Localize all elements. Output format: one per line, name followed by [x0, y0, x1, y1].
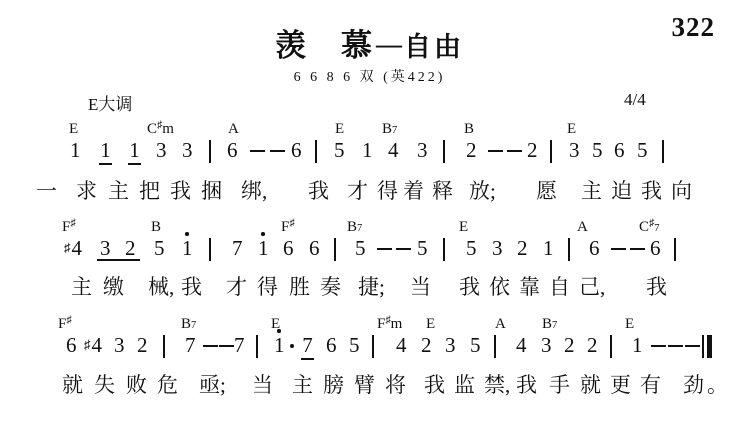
- sharp-symbol: ♯: [649, 218, 654, 229]
- lyric-char: 手: [549, 374, 570, 396]
- hymn-sheet-page: 322 羡 慕—自由 6 6 8 6 双 (英422) E大调 4/4 EC♯m…: [0, 0, 739, 445]
- lyric-char: 就: [62, 374, 83, 396]
- sharp-accidental: ♯: [64, 240, 71, 255]
- note: 7: [232, 237, 243, 260]
- note: 2: [564, 334, 575, 357]
- note: 5: [154, 237, 165, 260]
- chord-seventh: 7: [191, 320, 196, 331]
- lyric-char: 更: [610, 374, 631, 396]
- duration-dash: [270, 150, 285, 152]
- chord-label: B7: [542, 316, 557, 333]
- note: 2: [125, 237, 136, 260]
- lyric-char: 我: [459, 276, 480, 298]
- note: 1: [362, 139, 373, 162]
- chord-label: A: [577, 219, 588, 236]
- lyric-char: 依: [489, 276, 510, 298]
- sharp-symbol: ♯: [289, 218, 294, 229]
- lyric-char: 我: [516, 374, 537, 396]
- chord-label: B7: [382, 121, 397, 138]
- note: 3: [541, 334, 552, 357]
- lyric-char: 主: [292, 374, 313, 396]
- note: 3: [156, 139, 167, 162]
- bar-line: [163, 335, 165, 358]
- chord-label: E: [625, 316, 634, 333]
- lyric-char: 才: [226, 276, 247, 298]
- note: 1: [274, 334, 285, 357]
- sharp-symbol: ♯: [385, 315, 390, 326]
- chord-label: A: [228, 121, 239, 138]
- note: 2: [587, 334, 598, 357]
- note: 5: [334, 139, 345, 162]
- note: 2: [517, 237, 528, 260]
- note: 7: [185, 334, 196, 357]
- title-subtitle: 自由: [404, 32, 464, 62]
- sharp-symbol: ♯: [70, 218, 75, 229]
- note: 3: [569, 139, 580, 162]
- note: ♯4: [64, 237, 82, 262]
- lyric-char: 我: [181, 276, 202, 298]
- note: 1: [128, 139, 141, 165]
- lyric-char: 捆: [201, 180, 222, 202]
- lyric-char: 迫: [611, 180, 632, 202]
- bar-line: [372, 335, 374, 358]
- chord-label: E: [426, 316, 435, 333]
- chord-label: C♯m: [147, 121, 174, 138]
- note: 2: [466, 139, 477, 162]
- note: 3: [114, 334, 125, 357]
- duration-dash: [507, 150, 522, 152]
- duration-dash: [377, 248, 392, 250]
- chord-label: A: [495, 316, 506, 333]
- note: 2: [527, 139, 538, 162]
- lyric-char: 胜: [289, 276, 310, 298]
- note: 1: [543, 237, 554, 260]
- lyric-char: 靠: [519, 276, 540, 298]
- key-signature: E大调: [88, 90, 132, 115]
- lyric-char: 械,: [148, 276, 174, 298]
- duration-dash: [651, 345, 666, 347]
- eighth-note-beam: [97, 259, 140, 261]
- lyric-char: 膀: [323, 374, 344, 396]
- octave-dot: [185, 232, 189, 236]
- note: 3: [445, 334, 456, 357]
- chord-label: E: [567, 121, 576, 138]
- duration-dash: [488, 150, 503, 152]
- lyric-char: 臂: [354, 374, 375, 396]
- lyric-char: 就: [580, 374, 601, 396]
- lyric-char: 我: [424, 374, 445, 396]
- sharp-symbol: ♯: [66, 315, 71, 326]
- note: 3: [417, 139, 428, 162]
- note: 6: [66, 334, 77, 357]
- final-bar-line: [702, 335, 712, 358]
- duration-dash: [611, 248, 626, 250]
- lyric-char: 危: [157, 374, 178, 396]
- lyric-char: 己,: [579, 276, 605, 298]
- note: 5: [355, 237, 366, 260]
- bar-line: [610, 335, 612, 358]
- lyric-char: 当: [252, 374, 273, 396]
- lyric-char: 放;: [469, 180, 496, 202]
- lyric-char: 主: [581, 180, 602, 202]
- bar-line: [256, 335, 258, 358]
- lyric-char: 把: [139, 180, 160, 202]
- note: 1: [99, 139, 112, 165]
- lyric-char: 捷;: [358, 276, 385, 298]
- note: 6: [589, 237, 600, 260]
- note: 2: [137, 334, 148, 357]
- note: 2: [421, 334, 432, 357]
- chord-label: F♯: [281, 219, 295, 236]
- lyric-char: 当: [410, 276, 431, 298]
- chord-label: B: [151, 219, 161, 236]
- lyric-char: 监: [454, 374, 475, 396]
- bar-line: [209, 140, 211, 163]
- time-signature: 4/4: [624, 90, 646, 110]
- note: 6: [227, 139, 238, 162]
- note: 5: [637, 139, 648, 162]
- lyric-char: 自: [549, 276, 570, 298]
- lyric-char: 释: [432, 180, 453, 202]
- lyric-char: 求: [76, 180, 97, 202]
- lyric-char: 劲: [683, 374, 704, 396]
- note: 1: [632, 334, 643, 357]
- bar-line: [443, 238, 445, 261]
- lyric-char: 一: [36, 180, 57, 202]
- bar-line: [674, 238, 676, 261]
- note: 6: [283, 237, 294, 260]
- bar-line: [550, 140, 552, 163]
- bar-line: [568, 238, 570, 261]
- lyric-char: 我: [170, 180, 191, 202]
- lyric-char: 亟;: [199, 374, 226, 396]
- lyric-char: 主: [108, 180, 129, 202]
- chord-label: B7: [181, 316, 196, 333]
- title-dash: —: [376, 30, 402, 59]
- duration-dash: [203, 345, 218, 347]
- song-title: 羡 慕: [275, 28, 374, 63]
- bar-line: [209, 238, 211, 261]
- lyric-char: 主: [71, 276, 92, 298]
- bar-line: [662, 140, 664, 163]
- note: 4: [388, 139, 399, 162]
- duration-dash: [396, 248, 411, 250]
- lyric-char: 失: [94, 374, 115, 396]
- duration-dash: [219, 345, 234, 347]
- chord-label: E: [335, 121, 344, 138]
- lyric-char: 奏: [320, 276, 341, 298]
- note: 5: [592, 139, 603, 162]
- bar-line: [334, 238, 336, 261]
- chord-label: E: [459, 219, 468, 236]
- chord-label: B7: [347, 219, 362, 236]
- lyric-char: 我: [646, 276, 667, 298]
- note: 7: [234, 334, 245, 357]
- lyric-char: 败: [126, 374, 147, 396]
- sharp-accidental: ♯: [84, 337, 91, 352]
- lyric-char: 向: [671, 180, 692, 202]
- lyric-char: 愿: [536, 180, 557, 202]
- note: 5: [417, 237, 428, 260]
- note: 4: [516, 334, 527, 357]
- chord-label: B: [464, 121, 474, 138]
- chord-label: E: [69, 121, 78, 138]
- note: 5: [466, 237, 477, 260]
- bar-line: [315, 140, 317, 163]
- note: 6: [291, 139, 302, 162]
- note: 6: [309, 237, 320, 260]
- chord-label: F♯: [62, 219, 76, 236]
- meter-info: 6 6 8 6 双 (英422): [0, 66, 739, 86]
- lyric-char: 禁,: [484, 374, 510, 396]
- duration-dash: [685, 345, 700, 347]
- lyric-char: 我: [641, 180, 662, 202]
- note: 6: [614, 139, 625, 162]
- octave-dot: [261, 232, 265, 236]
- lyric-char: 缴: [103, 276, 124, 298]
- duration-dash: [668, 345, 683, 347]
- chord-seventh: 7: [392, 125, 397, 136]
- sharp-symbol: ♯: [157, 120, 162, 131]
- note: 6: [650, 237, 661, 260]
- lyric-char: 。: [707, 374, 728, 396]
- note: 3: [100, 237, 111, 260]
- note: 4: [396, 334, 407, 357]
- chord-label: F♯m: [377, 316, 402, 333]
- title-line: 羡 慕—自由: [0, 20, 739, 65]
- bar-line: [443, 140, 445, 163]
- note: 3: [182, 139, 193, 162]
- chord-label: C♯7: [639, 219, 660, 236]
- note: 1: [70, 139, 81, 162]
- octave-dot: [277, 329, 281, 333]
- lyric-char: 我: [308, 180, 329, 202]
- lyric-char: 绑,: [241, 180, 267, 202]
- lyric-char: 将: [385, 374, 406, 396]
- bar-line: [494, 335, 496, 358]
- note: 5: [470, 334, 481, 357]
- note: 5: [349, 334, 360, 357]
- chord-label: F♯: [58, 316, 72, 333]
- duration-dash: [630, 248, 645, 250]
- chord-seventh: 7: [357, 223, 362, 234]
- lyric-char: 得: [377, 180, 398, 202]
- lyric-char: 得: [257, 276, 278, 298]
- note: 3: [492, 237, 503, 260]
- lyric-char: 着: [403, 180, 424, 202]
- lyric-char: 才: [347, 180, 368, 202]
- chord-seventh: 7: [654, 223, 659, 234]
- note: 7: [301, 334, 314, 360]
- chord-seventh: 7: [552, 320, 557, 331]
- note: 1: [182, 237, 193, 260]
- lyric-char: 有: [640, 374, 661, 396]
- augmentation-dot: [290, 344, 294, 348]
- duration-dash: [250, 150, 265, 152]
- note: 1: [258, 237, 269, 260]
- note: 6: [326, 334, 337, 357]
- note: ♯4: [84, 334, 102, 359]
